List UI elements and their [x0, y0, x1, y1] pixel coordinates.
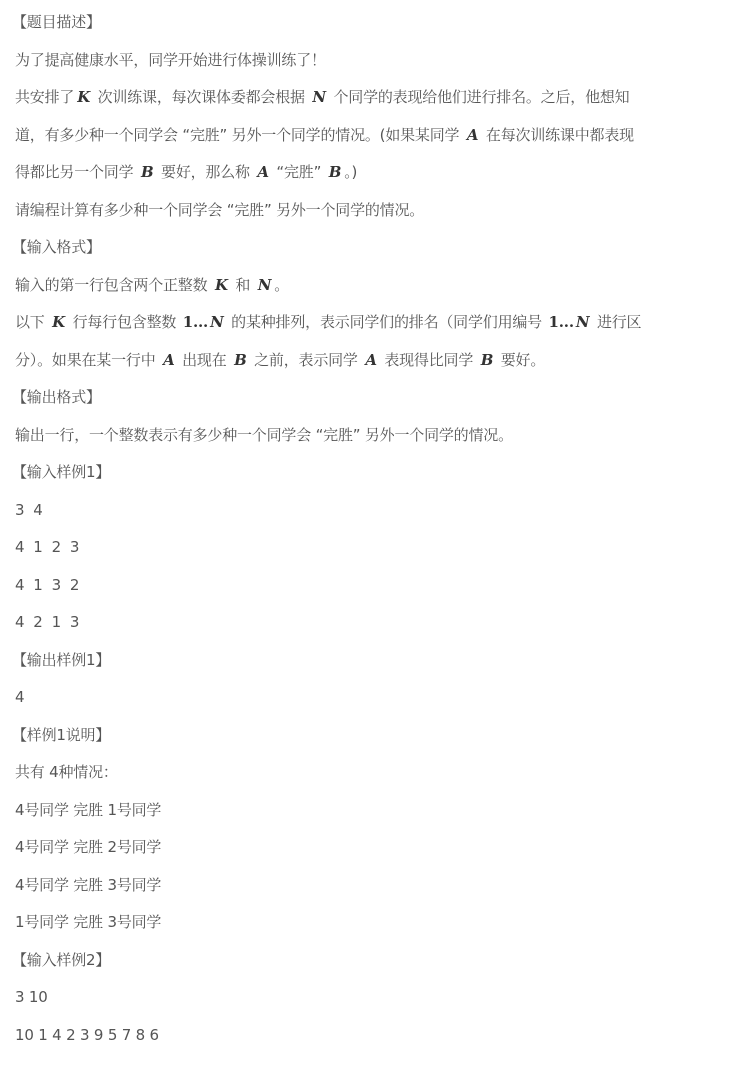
- math-var-b: B: [326, 163, 344, 181]
- math-var-k: K: [74, 88, 93, 106]
- input-format-heading: 【输入格式】: [12, 232, 735, 270]
- text: 道，有多少种一个同学会 “完胜” 另外一个同学的情况。(如果某同学: [15, 126, 464, 144]
- description-paragraph-4: 得都比另一个同学 B 要好，那么称 A “完胜” B。): [15, 157, 735, 195]
- sample-output-1-heading: 【输出样例1】: [12, 645, 735, 683]
- text: 分）。如果在某一行中: [15, 351, 160, 369]
- sample-input-2-heading: 【输入样例2】: [12, 945, 735, 983]
- text: 行每行包含整数: [68, 313, 181, 331]
- sample-explanation-1-line: 1号同学 完胜 3号同学: [15, 907, 735, 945]
- math-var-n: N: [576, 313, 593, 331]
- sample-explanation-1-line: 4号同学 完胜 3号同学: [15, 870, 735, 908]
- math-var-n: N: [255, 276, 275, 294]
- math-var-n: N: [210, 313, 227, 331]
- text: 得都比另一个同学: [15, 163, 138, 181]
- description-paragraph-2: 共安排了K 次训练课，每次课体委都会根据 N 个同学的表现给他们进行排名。之后，…: [15, 82, 735, 120]
- text: 在每次训练课中都表现: [481, 126, 634, 144]
- sample-explanation-1-line: 4号同学 完胜 2号同学: [15, 832, 735, 870]
- text: 共安排了: [15, 88, 74, 106]
- sample-input-1-line: 4 1 3 2: [15, 570, 735, 608]
- text: 以下: [15, 313, 49, 331]
- text: 进行区: [592, 313, 641, 331]
- math-var-b: B: [231, 351, 249, 369]
- text: 个同学的表现给他们进行排名。之后，他想知: [329, 88, 630, 106]
- text: 。): [344, 163, 357, 181]
- sample-explanation-1-line: 4号同学 完胜 1号同学: [15, 795, 735, 833]
- text: 要好，那么称: [156, 163, 254, 181]
- math-var-a: A: [254, 163, 271, 181]
- description-paragraph-1: 为了提高健康水平，同学开始进行体操训练了！: [15, 45, 735, 83]
- text: 表现得比同学: [380, 351, 478, 369]
- input-format-paragraph-2: 以下 K 行每行包含整数 1...N 的某种排列，表示同学们的排名（同学们用编号…: [15, 307, 735, 345]
- text: 出现在: [178, 351, 232, 369]
- text: 要好。: [496, 351, 545, 369]
- input-format-paragraph-1: 输入的第一行包含两个正整数 K 和 N。: [15, 270, 735, 308]
- sample-input-1-heading: 【输入样例1】: [12, 457, 735, 495]
- description-paragraph-5: 请编程计算有多少种一个同学会 “完胜” 另外一个同学的情况。: [15, 195, 735, 233]
- math-var-k: K: [49, 313, 68, 331]
- sample-input-1-line: 3 4: [15, 495, 735, 533]
- sample-explanation-1-line: 共有 4种情况：: [15, 757, 735, 795]
- text: 输入的第一行包含两个正整数: [15, 276, 212, 294]
- sample-input-2-line: 10 1 4 2 3 9 5 7 8 6: [15, 1020, 735, 1058]
- text: 和: [231, 276, 255, 294]
- text: 的某种排列，表示同学们的排名（同学们用编号: [227, 313, 547, 331]
- sample-input-2-line: 3 10: [15, 982, 735, 1020]
- math-range: 1...: [181, 313, 210, 331]
- sample-output-1-line: 4: [15, 682, 735, 720]
- output-format-paragraph-1: 输出一行，一个整数表示有多少种一个同学会 “完胜” 另外一个同学的情况。: [15, 420, 735, 458]
- problem-statement: 【题目描述】 为了提高健康水平，同学开始进行体操训练了！ 共安排了K 次训练课，…: [0, 0, 735, 1057]
- math-range: 1...: [547, 313, 576, 331]
- description-heading: 【题目描述】: [12, 7, 735, 45]
- math-var-a: A: [464, 126, 481, 144]
- math-var-b: B: [138, 163, 156, 181]
- input-format-paragraph-3: 分）。如果在某一行中 A 出现在 B 之前，表示同学 A 表现得比同学 B 要好…: [15, 345, 735, 383]
- math-var-a: A: [160, 351, 177, 369]
- text: 次训练课，每次课体委都会根据: [93, 88, 309, 106]
- math-var-b: B: [478, 351, 496, 369]
- sample-input-1-line: 4 1 2 3: [15, 532, 735, 570]
- text: “完胜”: [272, 163, 326, 181]
- description-paragraph-3: 道，有多少种一个同学会 “完胜” 另外一个同学的情况。(如果某同学 A 在每次训…: [15, 120, 735, 158]
- text: 之前，表示同学: [250, 351, 363, 369]
- math-var-k: K: [212, 276, 231, 294]
- math-var-n: N: [309, 88, 329, 106]
- sample-explanation-1-heading: 【样例1说明】: [12, 720, 735, 758]
- output-format-heading: 【输出格式】: [12, 382, 735, 420]
- text: 。: [274, 276, 289, 294]
- math-var-a: A: [362, 351, 379, 369]
- sample-input-1-line: 4 2 1 3: [15, 607, 735, 645]
